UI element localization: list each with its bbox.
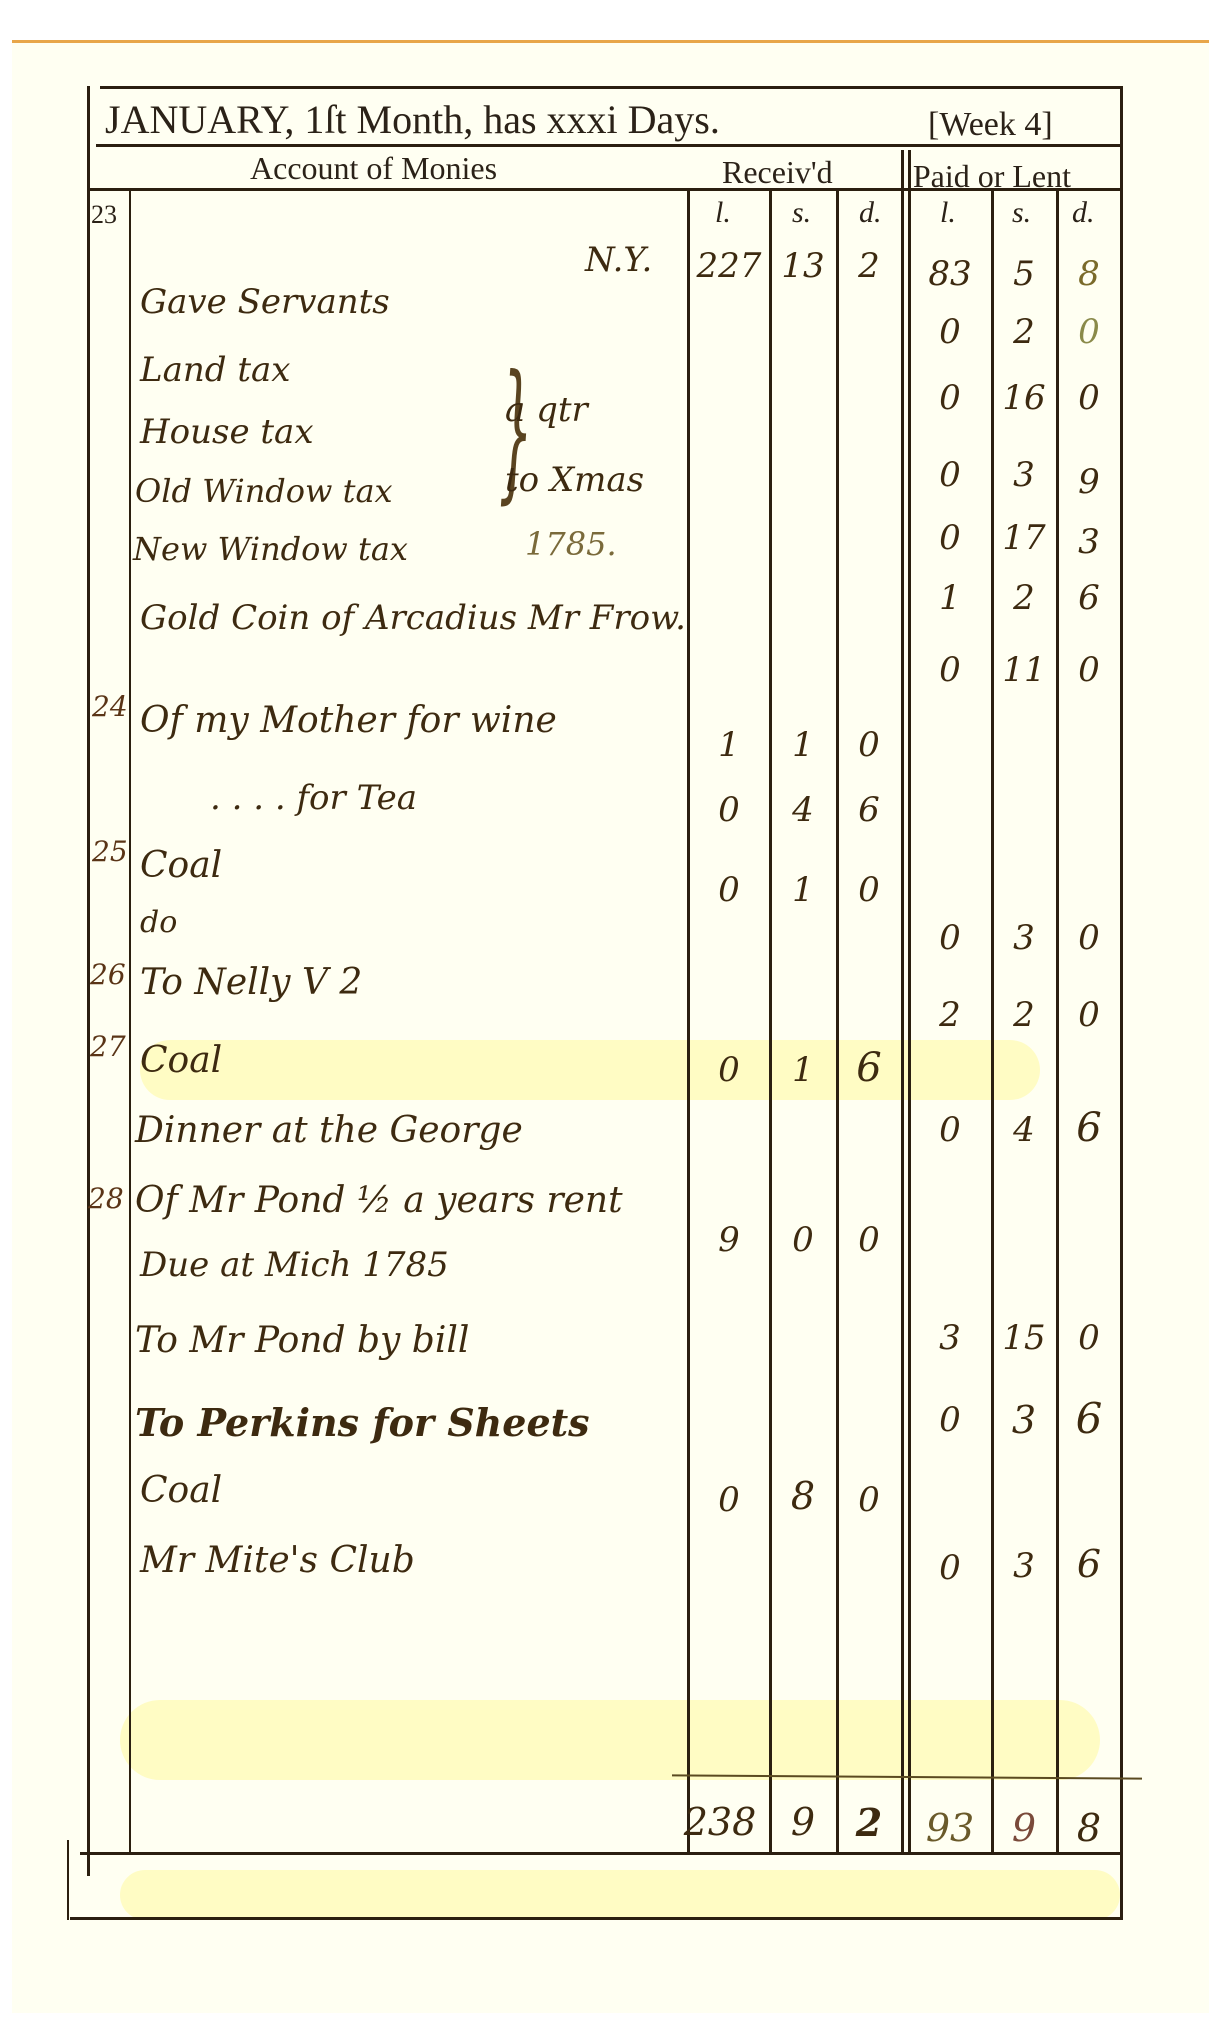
total-paid-d: 8 bbox=[1059, 1806, 1119, 1850]
paid-s: 3 bbox=[994, 1546, 1054, 1586]
received-d: 0 bbox=[839, 725, 899, 765]
paid-d: 6 bbox=[1059, 578, 1119, 618]
entry-text: Mr Mite's Club bbox=[140, 1540, 415, 1581]
paid-l: 0 bbox=[911, 918, 989, 958]
entry-text: Coal bbox=[140, 1470, 222, 1511]
paid-l: 0 bbox=[911, 518, 989, 558]
paid-d: 6 bbox=[1059, 1394, 1119, 1443]
paid-s: 5 bbox=[994, 254, 1054, 294]
paid-l: 0 bbox=[911, 1400, 989, 1440]
account-of-monies-header: Account of Monies bbox=[250, 150, 497, 187]
paid-l: 1 bbox=[911, 578, 989, 618]
col-paid-l: l. bbox=[940, 196, 956, 230]
paid-s: 16 bbox=[994, 378, 1054, 418]
frame-bottom-rule bbox=[70, 1917, 1122, 1920]
total-paid-l: 93 bbox=[911, 1806, 989, 1850]
week-label: [Week 4] bbox=[928, 106, 1053, 144]
paper-stain bbox=[140, 1040, 1040, 1100]
paid-l: 0 bbox=[911, 650, 989, 690]
entry-text: Coal bbox=[140, 845, 222, 886]
entry-text: Old Window tax bbox=[135, 472, 393, 510]
received-l-rule bbox=[687, 190, 690, 1854]
received-d: 6 bbox=[839, 1045, 899, 1091]
col-received-l: l. bbox=[715, 196, 731, 230]
paid-s: 3 bbox=[994, 1398, 1054, 1442]
paid-l: 83 bbox=[911, 254, 989, 294]
entry-note: N.Y. bbox=[585, 240, 652, 280]
col-paid-s: s. bbox=[1012, 196, 1031, 230]
entry-text: Gold Coin of Arcadius Mr Frow. bbox=[140, 598, 686, 638]
paid-d: 8 bbox=[1059, 254, 1119, 294]
paid-d: 6 bbox=[1059, 1542, 1119, 1586]
received-l: 227 bbox=[690, 246, 768, 286]
received-header: Receiv'd bbox=[722, 154, 833, 191]
paid-l: 0 bbox=[911, 1548, 989, 1588]
received-d: 0 bbox=[839, 1220, 899, 1260]
received-d: 0 bbox=[839, 1480, 899, 1520]
double-rule-a bbox=[901, 150, 904, 1854]
received-s: 4 bbox=[772, 790, 834, 830]
entry-text: do bbox=[140, 905, 177, 940]
received-l: 0 bbox=[690, 1480, 768, 1520]
paid-s: 17 bbox=[994, 518, 1054, 558]
paid-d: 0 bbox=[1059, 378, 1119, 418]
date-26: 26 bbox=[90, 958, 126, 991]
paid-d: 9 bbox=[1059, 462, 1119, 502]
received-l: 1 bbox=[690, 725, 768, 765]
date-27: 27 bbox=[90, 1030, 126, 1063]
paid-l: 2 bbox=[911, 995, 989, 1035]
paid-s: 3 bbox=[994, 455, 1054, 495]
page-title: JANUARY, 1ſt Month, has xxxi Days. bbox=[105, 96, 720, 143]
received-s: 13 bbox=[772, 246, 834, 286]
entry-text: Of Mr Pond ½ a years rent bbox=[135, 1180, 623, 1221]
received-d-rule bbox=[836, 190, 839, 1854]
paper-stain bbox=[120, 1700, 1100, 1780]
received-s: 0 bbox=[772, 1220, 834, 1260]
bracket-note-line2: to Xmas bbox=[505, 460, 644, 500]
paid-d: 0 bbox=[1059, 650, 1119, 690]
date-23: 23 bbox=[91, 200, 117, 230]
entry-text: Due at Mich 1785 bbox=[140, 1245, 449, 1285]
paid-l: 0 bbox=[911, 312, 989, 352]
paid-l: 0 bbox=[911, 1110, 989, 1150]
received-d: 6 bbox=[839, 790, 899, 830]
received-s: 1 bbox=[772, 1050, 834, 1090]
col-received-s: s. bbox=[792, 196, 811, 230]
entry-text: Of my Mother for wine bbox=[140, 700, 557, 741]
entry-text: House tax bbox=[140, 412, 314, 452]
paid-d: 0 bbox=[1059, 995, 1119, 1035]
received-s: 1 bbox=[772, 725, 834, 765]
entry-text: Land tax bbox=[140, 350, 290, 390]
total-received-s: 9 bbox=[772, 1800, 834, 1844]
paid-l: 3 bbox=[911, 1318, 989, 1358]
paid-s: 11 bbox=[994, 650, 1054, 690]
paid-d: 0 bbox=[1059, 918, 1119, 958]
date-column-rule bbox=[129, 190, 131, 1854]
paid-d: 0 bbox=[1059, 1318, 1119, 1358]
total-received-d: 2 bbox=[839, 1800, 899, 1845]
entry-text: Gave Servants bbox=[140, 282, 390, 322]
received-l: 9 bbox=[690, 1220, 768, 1260]
bracket-note-line1: a qtr bbox=[505, 390, 588, 430]
frame-outer-left-rule bbox=[67, 1840, 69, 1920]
date-24: 24 bbox=[92, 690, 128, 723]
received-s-rule bbox=[769, 190, 772, 1854]
paid-s: 15 bbox=[994, 1318, 1054, 1358]
received-l: 0 bbox=[690, 1050, 768, 1090]
paid-or-lent-header: ||Paid or Lent bbox=[900, 158, 1071, 195]
total-received-l: 238 bbox=[672, 1800, 768, 1844]
paid-s: 2 bbox=[994, 578, 1054, 618]
entry-text: Dinner at the George bbox=[135, 1110, 523, 1151]
entry-text: To Perkins for Sheets bbox=[135, 1400, 590, 1445]
received-l: 0 bbox=[690, 790, 768, 830]
paid-s: 4 bbox=[994, 1110, 1054, 1150]
entry-text: To Nelly V 2 bbox=[140, 962, 362, 1003]
total-paid-s: 9 bbox=[994, 1806, 1054, 1850]
bracket-note-line3: 1785. bbox=[525, 525, 617, 563]
paid-d: 6 bbox=[1059, 1105, 1119, 1151]
paper-stain bbox=[120, 1870, 1120, 1920]
title-top-rule bbox=[100, 86, 1122, 89]
received-d: 2 bbox=[839, 246, 899, 286]
received-l: 0 bbox=[690, 870, 768, 910]
paid-l: 0 bbox=[911, 378, 989, 418]
title-bottom-rule bbox=[96, 144, 1122, 147]
received-d: 0 bbox=[839, 870, 899, 910]
frame-right-rule bbox=[1120, 86, 1123, 1920]
paid-d: 3 bbox=[1059, 522, 1119, 562]
col-received-d: d. bbox=[859, 196, 882, 230]
date-25: 25 bbox=[92, 835, 128, 868]
paid-l: 0 bbox=[911, 455, 989, 495]
entry-text: New Window tax bbox=[133, 530, 408, 568]
paid-s: 2 bbox=[994, 312, 1054, 352]
table-bottom-rule bbox=[80, 1852, 1120, 1855]
received-s: 1 bbox=[772, 870, 834, 910]
col-paid-d: d. bbox=[1072, 196, 1095, 230]
paid-s: 3 bbox=[994, 918, 1054, 958]
paid-d: 0 bbox=[1059, 312, 1119, 352]
entry-text: . . . . for Tea bbox=[210, 778, 417, 818]
entry-text: To Mr Pond by bill bbox=[135, 1320, 469, 1361]
date-28: 28 bbox=[88, 1182, 124, 1215]
entry-text: Coal bbox=[140, 1040, 222, 1081]
paid-s: 2 bbox=[994, 995, 1054, 1035]
received-s: 8 bbox=[772, 1474, 834, 1518]
